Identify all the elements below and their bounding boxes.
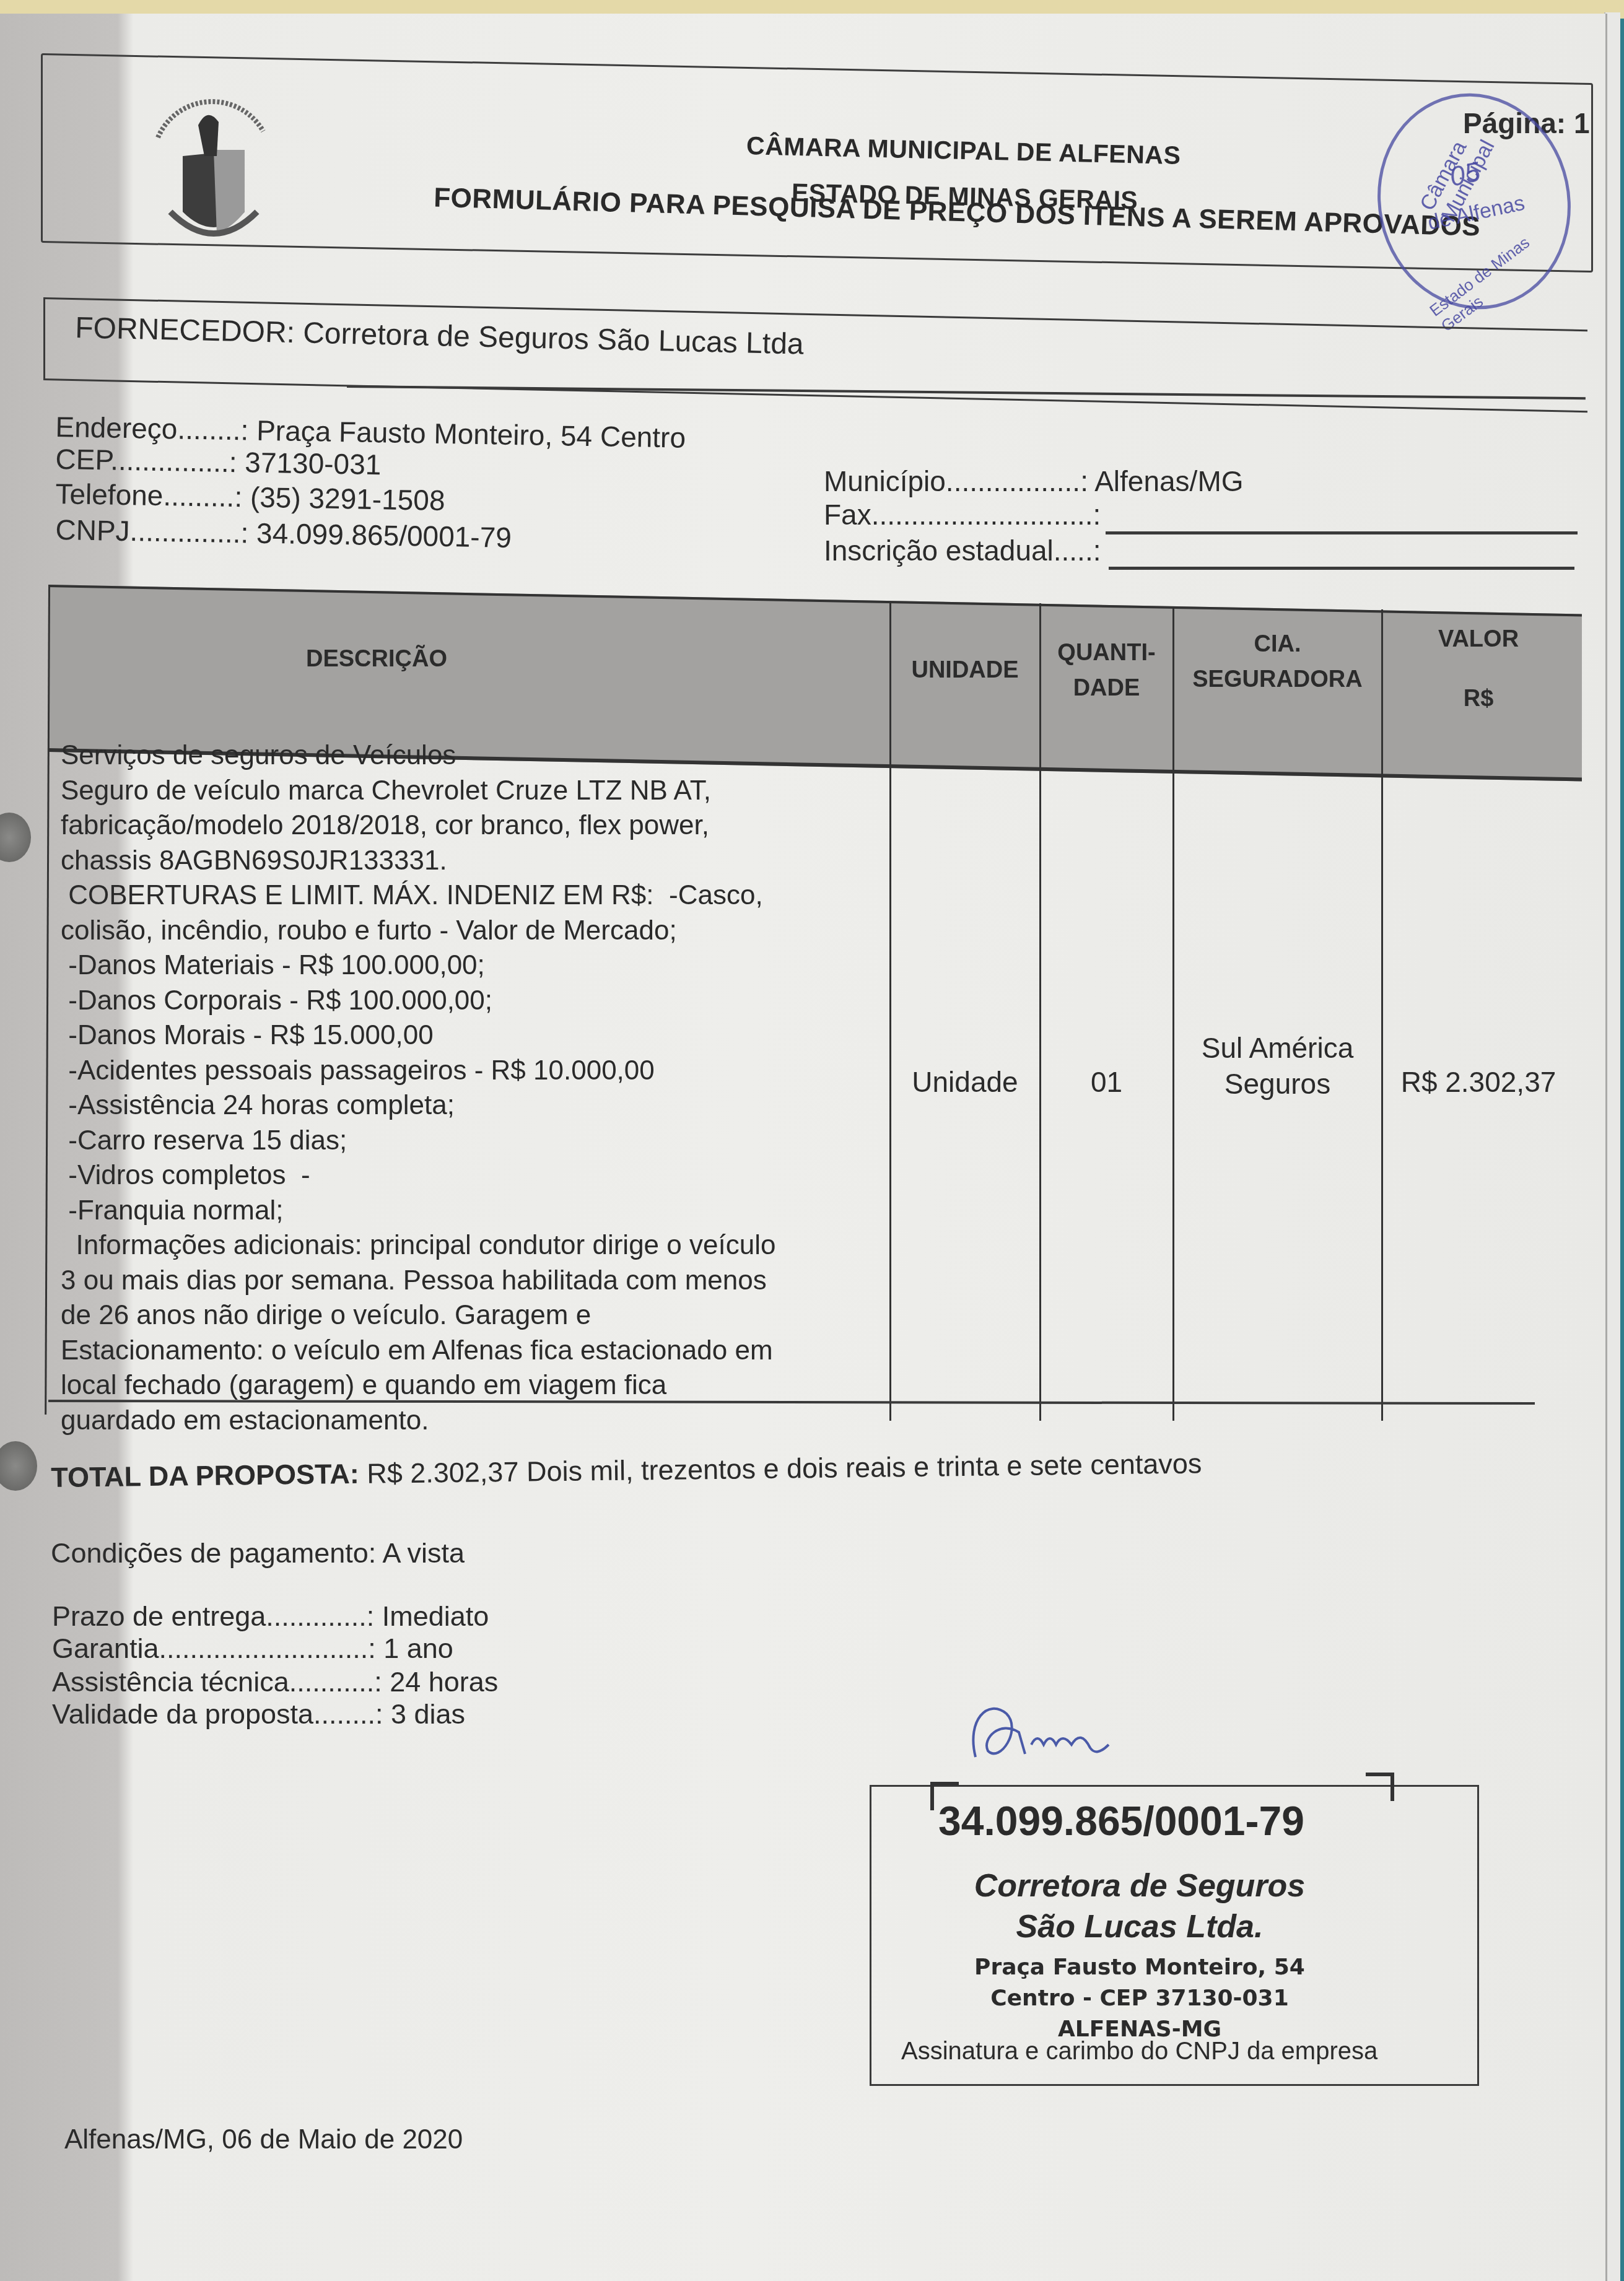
binder-hole <box>0 1441 37 1491</box>
term-validade: Validade da proposta........: 3 dias <box>52 1698 465 1730</box>
stamp-company-name: Corretora de SegurosSão Lucas Ltda. <box>948 1865 1332 1947</box>
total-value: R$ 2.302,37 Dois mil, trezentos e dois r… <box>367 1447 1202 1489</box>
signature-caption: Assinatura e carimbo do CNPJ da empresa <box>901 2038 1377 2065</box>
cell-valor: R$ 2.302,37 <box>1382 1065 1574 1101</box>
header-unidade: UNIDADE <box>891 653 1039 688</box>
field-telefone: Telefone.........: (35) 3291-1508 <box>55 477 445 517</box>
table-border-left <box>45 585 50 1415</box>
field-inscricao-estadual: Inscrição estadual.....: <box>824 534 1101 567</box>
column-divider <box>1381 609 1383 1421</box>
supplier-label: FORNECEDOR: <box>75 312 295 349</box>
date-line: Alfenas/MG, 06 de Maio de 2020 <box>64 2124 463 2155</box>
binder-hole <box>0 813 31 862</box>
field-cnpj: CNPJ..............: 34.099.865/0001-79 <box>55 513 512 554</box>
term-assistencia-tecnica: Assistência técnica...........: 24 horas <box>52 1666 498 1698</box>
stamp-corner-mark <box>1366 1773 1394 1801</box>
term-garantia: Garantia...........................: 1 a… <box>52 1633 453 1665</box>
municipal-crest-icon <box>146 88 288 249</box>
stamp-cnpj: 34.099.865/0001-79 <box>938 1797 1304 1844</box>
fax-blank-line <box>1106 531 1578 534</box>
field-cep: CEP...............: 37130-031 <box>55 442 382 481</box>
cell-unidade: Unidade <box>891 1065 1039 1101</box>
total-label: TOTAL DA PROPOSTA: <box>51 1458 359 1493</box>
column-divider <box>1172 606 1174 1421</box>
column-divider <box>889 603 891 1421</box>
header-cia-seguradora: CIA.SEGURADORA <box>1174 627 1381 697</box>
header-valor: VALORR$ <box>1382 609 1574 728</box>
header-descricao: DESCRIÇÃO <box>253 642 500 677</box>
cell-cia-seguradora: Sul AméricaSeguros <box>1174 1031 1381 1102</box>
field-fax: Fax............................: <box>824 498 1101 531</box>
stamp-company-address: Praça Fausto Monteiro, 54Centro - CEP 37… <box>948 1952 1332 2045</box>
document-page: CÂMARA MUNICIPAL DE ALFENAS ESTADO DE MI… <box>0 14 1607 2281</box>
header-quantidade: QUANTI-DADE <box>1041 635 1172 706</box>
cell-descricao: Serviços de seguros de Veículos Seguro d… <box>61 738 775 1438</box>
field-municipio: Município.................: Alfenas/MG <box>824 464 1243 498</box>
term-prazo-entrega: Prazo de entrega.............: Imediato <box>52 1600 489 1633</box>
total-proposta: TOTAL DA PROPOSTA: R$ 2.302,37 Dois mil,… <box>51 1447 1202 1494</box>
handwritten-signature-icon <box>963 1695 1124 1769</box>
stamp-number: 05 <box>1447 157 1483 193</box>
payment-conditions: Condições de pagamento: A vista <box>51 1537 465 1569</box>
cell-quantidade: 01 <box>1041 1065 1172 1101</box>
column-divider <box>1039 603 1041 1421</box>
page-edge <box>1605 14 1607 2281</box>
inscricao-blank-line <box>1109 567 1574 570</box>
